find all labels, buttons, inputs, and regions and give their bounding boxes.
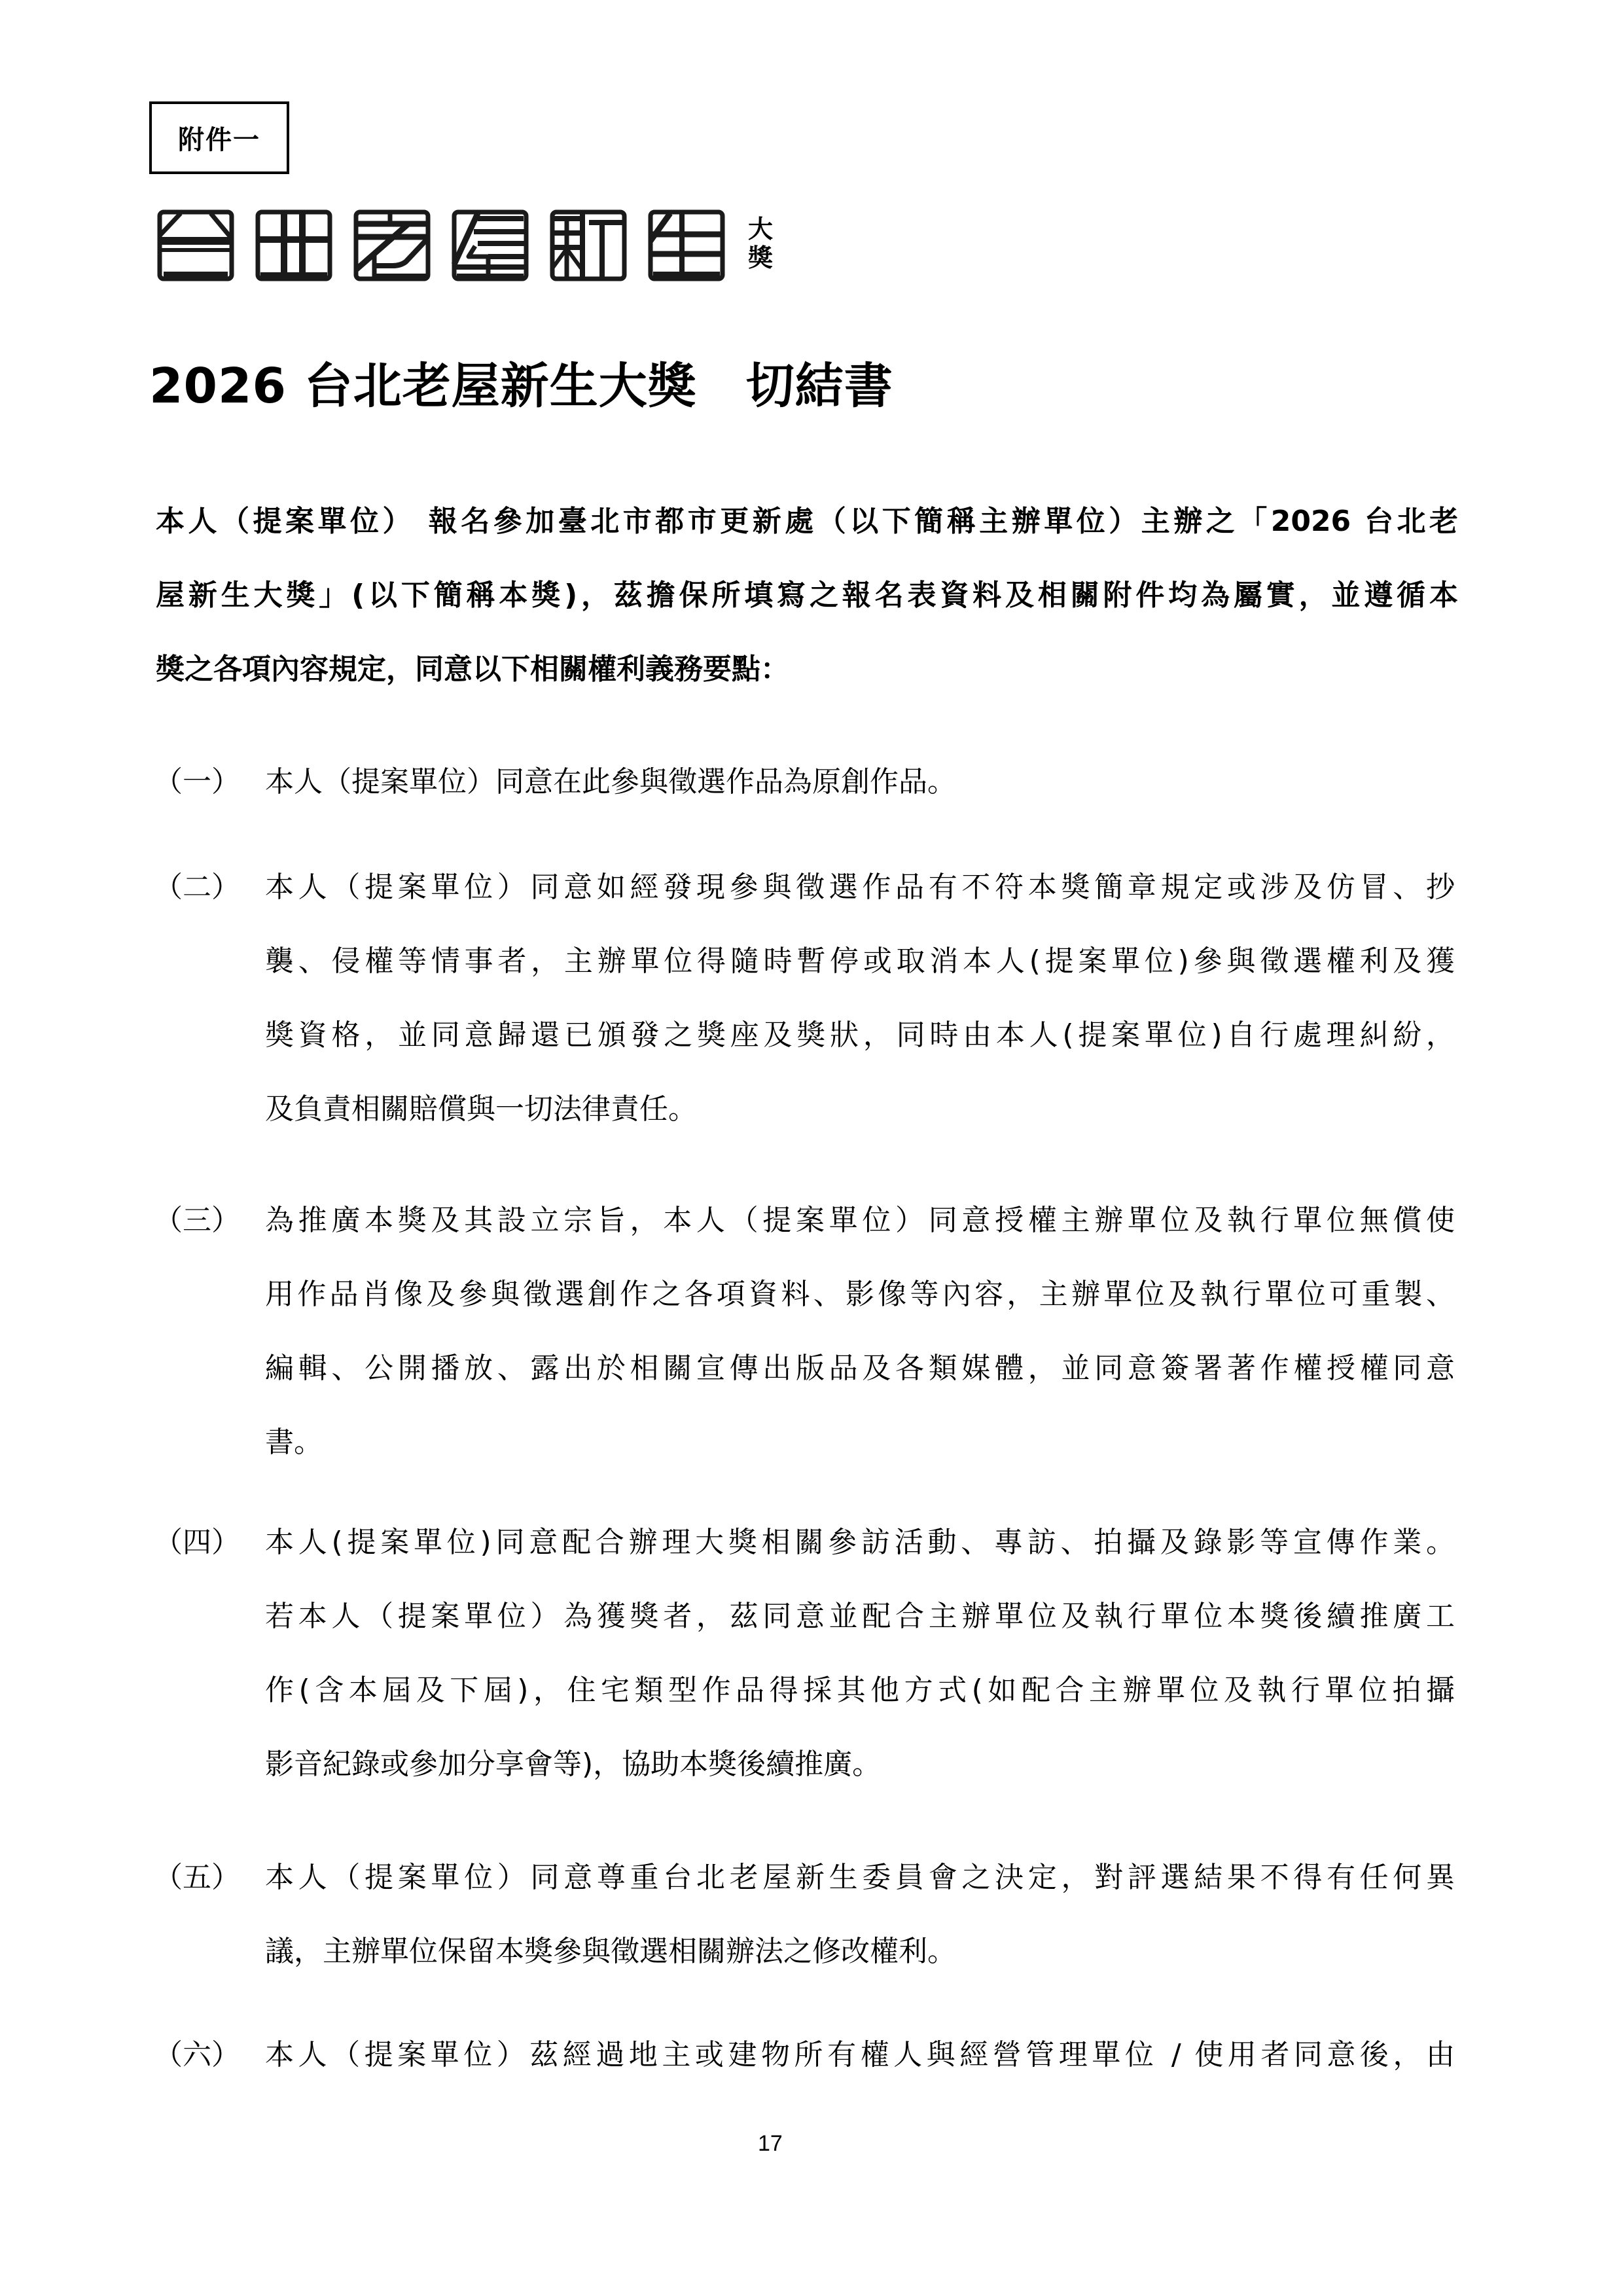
logo-char-tai-icon [160,212,232,279]
clause-line: 用作品肖像及參與徵選創作之各項資料、影像等內容，主辦單位及執行單位可重製、 [265,1257,1455,1331]
clause-line: 本人(提案單位)同意配合辦理大獎相關參訪活動、專訪、拍攝及錄影等宣傳作業。 [265,1505,1455,1579]
clause-line: 影音紀錄或參加分享會等)，協助本獎後續推廣。 [265,1727,1455,1801]
attachment-label: 附件一 [178,119,260,156]
intro-line: 屋新生大獎」(以下簡稱本獎)，茲擔保所填寫之報名表資料及相關附件均為屬實，並遵循… [156,558,1458,632]
clause-label: （五） [154,1840,259,1914]
award-logo-icon [157,209,772,281]
page-title: 2026 台北老屋新生大獎 切結書 [149,353,893,419]
clause-label: （六） [154,2018,259,2092]
logo-char-sheng-icon [651,212,722,279]
logo-suffix: 大 獎 [746,215,775,272]
intro-paragraph: 本人（提案單位） 報名參加臺北市都市更新處（以下簡稱主辦單位）主辦之「2026 … [156,484,1458,706]
logo-suffix-top: 大 [746,215,775,243]
logo-char-wu-icon [454,212,526,279]
award-logo: 大 獎 [157,209,772,281]
clause-body: 本人（提案單位）同意如經發現參與徵選作品有不符本獎簡章規定或涉及仿冒、抄 襲、侵… [265,850,1455,1146]
clause-line: 編輯、公開播放、露出於相關宣傳出版品及各類媒體，並同意簽署著作權授權同意 [265,1331,1455,1405]
clause-line: 書。 [265,1405,1455,1479]
logo-char-xin-icon [552,212,624,279]
clause-line: 本人（提案單位）同意如經發現參與徵選作品有不符本獎簡章規定或涉及仿冒、抄 [265,850,1455,924]
clause-label: （四） [154,1505,259,1579]
clause-body: 本人(提案單位)同意配合辦理大獎相關參訪活動、專訪、拍攝及錄影等宣傳作業。 若本… [265,1505,1455,1801]
clause-body: 本人（提案單位）茲經過地主或建物所有權人與經營管理單位 / 使用者同意後，由 [265,2018,1455,2092]
page-number: 17 [758,2131,783,2157]
logo-char-bei-icon [258,212,330,279]
logo-char-lao-icon [356,212,428,279]
clause-body: 本人（提案單位）同意尊重台北老屋新生委員會之決定，對評選結果不得有任何異 議，主… [265,1840,1455,1988]
intro-line: 本人（提案單位） 報名參加臺北市都市更新處（以下簡稱主辦單位）主辦之「2026 … [156,484,1458,558]
logo-suffix-bottom: 獎 [746,243,775,272]
attachment-label-box: 附件一 [149,101,289,174]
clause-label: （一） [154,745,259,819]
clause-body: 為推廣本獎及其設立宗旨，本人（提案單位）同意授權主辦單位及執行單位無償使 用作品… [265,1183,1455,1479]
clause-line: 作(含本屆及下屆)，住宅類型作品得採其他方式(如配合主辦單位及執行單位拍攝 [265,1653,1455,1727]
clause-line: 為推廣本獎及其設立宗旨，本人（提案單位）同意授權主辦單位及執行單位無償使 [265,1183,1455,1257]
clause-line: 議，主辦單位保留本獎參與徵選相關辦法之修改權利。 [265,1914,1455,1988]
clause-label: （三） [154,1183,259,1257]
clause-line: 若本人（提案單位）為獲獎者，茲同意並配合主辦單位及執行單位本獎後續推廣工 [265,1579,1455,1653]
clause-line: 本人（提案單位）茲經過地主或建物所有權人與經營管理單位 / 使用者同意後，由 [265,2018,1455,2092]
clause-line: 襲、侵權等情事者，主辦單位得隨時暫停或取消本人(提案單位)參與徵選權利及獲 [265,924,1455,998]
clause-line: 獎資格，並同意歸還已頒發之獎座及獎狀，同時由本人(提案單位)自行處理糾紛， [265,998,1455,1072]
clause-body: 本人（提案單位）同意在此參與徵選作品為原創作品。 [265,745,1455,819]
intro-line: 獎之各項內容規定，同意以下相關權利義務要點： [156,632,1458,706]
clause-label: （二） [154,850,259,924]
clause-line: 及負責相關賠償與一切法律責任。 [265,1072,1455,1146]
clause-line: 本人（提案單位）同意在此參與徵選作品為原創作品。 [265,745,1455,819]
clause-line: 本人（提案單位）同意尊重台北老屋新生委員會之決定，對評選結果不得有任何異 [265,1840,1455,1914]
